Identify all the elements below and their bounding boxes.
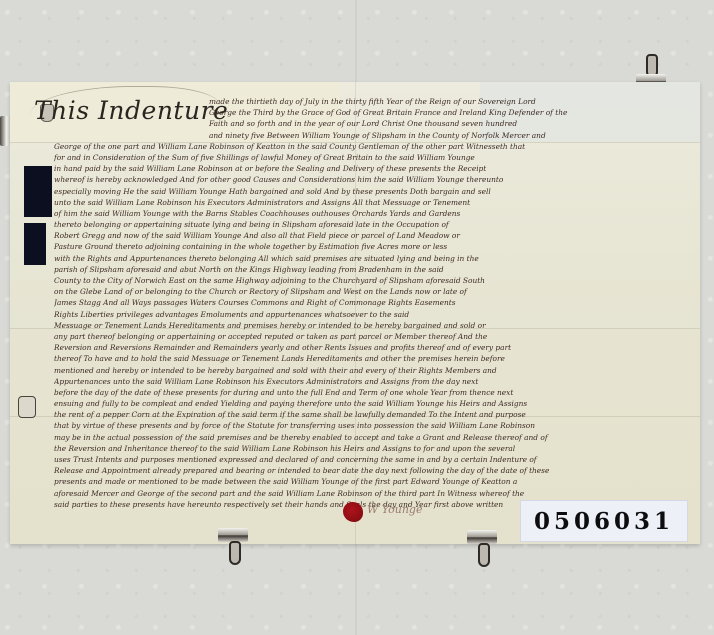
text-line: aforesaid Mercer and George of the secon… [54, 488, 694, 499]
text-line: and ninety five Between William Younge o… [54, 130, 694, 141]
text-line: George the Third by the Grace of God of … [54, 107, 694, 118]
document-body: made the thirtieth day of July in the th… [54, 96, 694, 510]
redaction-block [24, 166, 52, 217]
text-line: Messuage or Tenement Lands Hereditaments… [54, 320, 694, 331]
text-line: in hand paid by the said William Lane Ro… [54, 163, 694, 174]
text-line: the rent of a pepper Corn at the Expirat… [54, 409, 694, 420]
text-line: thereto belonging or appertaining situat… [54, 219, 694, 230]
text-line: County to the City of Norwich East on th… [54, 275, 694, 286]
redaction-block [24, 223, 46, 265]
text-line: especially moving He the said William Yo… [54, 186, 694, 197]
wax-seal [343, 502, 363, 522]
catalog-number-label: 0506031 [520, 500, 688, 542]
text-line: James Stagg And all Ways passages Waters… [54, 297, 694, 308]
text-line: ensuing and fully to be compleat and end… [54, 398, 694, 409]
text-line: Reversion and Reversions Remainder and R… [54, 342, 694, 353]
text-line: any part thereof belonging or appertaini… [54, 331, 694, 342]
text-line: that by virtue of these presents and by … [54, 420, 694, 431]
text-line: of him the said William Younge with the … [54, 208, 694, 219]
text-line: uses Trust Intents and purposes mentione… [54, 454, 694, 465]
text-line: with the Rights and Appurtenances theret… [54, 253, 694, 264]
text-line: whereof is hereby acknowledged And for o… [54, 174, 694, 185]
text-line: unto the said William Lane Robinson his … [54, 197, 694, 208]
text-line: Robert Gregg and now of the said William… [54, 230, 694, 241]
text-line: Rights Liberties privileges advantages E… [54, 309, 694, 320]
text-line: Faith and so forth and in the year of ou… [54, 118, 694, 129]
text-line: on the Glebe Land of or belonging to the… [54, 286, 694, 297]
indenture-document: This Indenture made the thirtieth day of… [10, 82, 700, 544]
text-line: may be in the actual possession of the s… [54, 432, 694, 443]
text-line: mentioned and hereby or intended to be h… [54, 365, 694, 376]
duty-stamp-icon [18, 396, 36, 418]
signature: W Younge [367, 503, 422, 516]
text-line: Pasture Ground thereto adjoining contain… [54, 241, 694, 252]
text-line: before the day of the date of these pres… [54, 387, 694, 398]
text-line: parish of Slipsham aforesaid and abut No… [54, 264, 694, 275]
text-line: the Reversion and Inheritance thereof to… [54, 443, 694, 454]
text-line: for and in Consideration of the Sum of f… [54, 152, 694, 163]
text-line: Appurtenances unto the said William Lane… [54, 376, 694, 387]
text-line: made the thirtieth day of July in the th… [54, 96, 694, 107]
text-line: Release and Appointment already prepared… [54, 465, 694, 476]
text-line: thereof To have and to hold the said Mes… [54, 353, 694, 364]
text-line: presents and made or mentioned to be mad… [54, 476, 694, 487]
text-line: George of the one part and William Lane … [54, 141, 694, 152]
